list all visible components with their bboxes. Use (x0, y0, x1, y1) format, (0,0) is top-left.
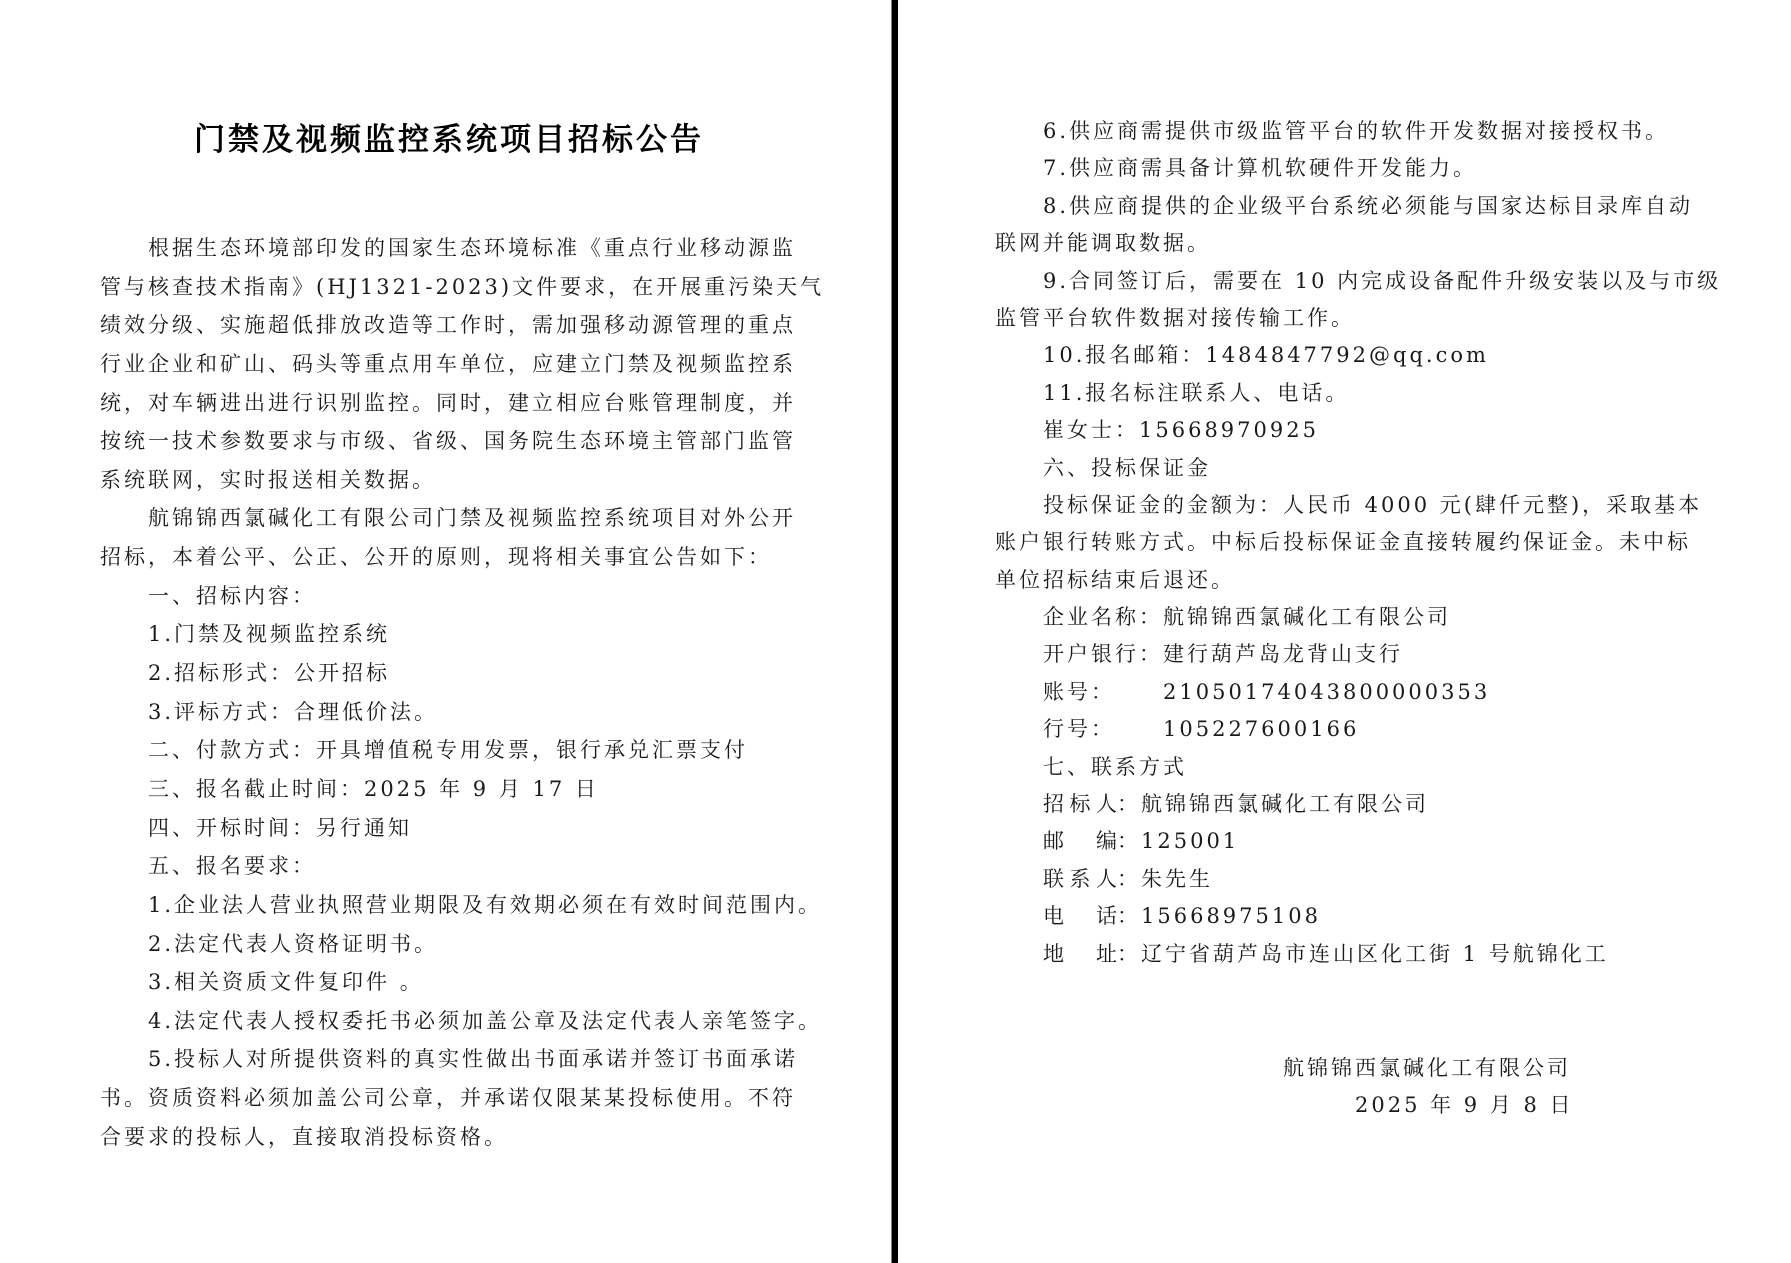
text-line: 3.评标方式：合理低价法。 (100, 693, 820, 732)
text-line: 单位招标结束后退还。 (995, 562, 1715, 599)
contact-label-char (1070, 823, 1091, 860)
contact-info-row: 电话：15668975108 (995, 898, 1715, 935)
text-line: 六、投标保证金 (995, 450, 1715, 487)
contact-label-char: 系 (1070, 861, 1091, 898)
text-line: 五、报名要求： (100, 847, 820, 886)
text-line: 10.报名邮箱：1484847792@qq.com (995, 337, 1715, 374)
signature-date: 2025 年 9 月 8 日 (1355, 1087, 1574, 1123)
text-line: 11.报名标注联系人、电话。 (995, 375, 1715, 412)
text-line: 一、招标内容： (100, 577, 820, 616)
contact-info-value: 15668975108 (1141, 898, 1321, 935)
contact-info-value: 125001 (1141, 823, 1239, 860)
text-line: 3.相关资质文件复印件 。 (100, 963, 820, 1002)
contact-info-row: 邮编：125001 (995, 823, 1715, 860)
text-line: 统，对车辆进出进行识别监控。同时，建立相应台账管理制度，并 (100, 384, 820, 423)
bank-info-value: 21050174043800000353 (1163, 674, 1490, 711)
contact-label-char: 址 (1096, 936, 1117, 973)
bank-info-value: 105227600166 (1163, 711, 1359, 748)
bank-info-label: 开户银行： (1043, 636, 1163, 673)
contact-label-char: 编 (1096, 823, 1117, 860)
contact-label-char: 电 (1043, 898, 1064, 935)
contact-label-char: 地 (1043, 936, 1064, 973)
text-line: 合要求的投标人，直接取消投标资格。 (100, 1118, 820, 1157)
contact-label-colon: ： (1117, 936, 1141, 973)
contact-info-value: 航锦锦西氯碱化工有限公司 (1141, 786, 1429, 823)
contact-label-char: 人 (1096, 861, 1117, 898)
text-line: 7.供应商需具备计算机软硬件开发能力。 (995, 150, 1715, 187)
page-left: 门禁及视频监控系统项目招标公告 根据生态环境部印发的国家生态环境标准《重点行业移… (0, 0, 892, 1263)
contact-label-char: 人 (1096, 786, 1117, 823)
text-line: 1.门禁及视频监控系统 (100, 615, 820, 654)
contact-label-char: 标 (1070, 786, 1091, 823)
contact-info-label: 电话 (1043, 898, 1117, 935)
contact-info-row: 联系人：朱先生 (995, 861, 1715, 898)
bank-info-label: 账号： (1043, 674, 1163, 711)
contact-label-char: 邮 (1043, 823, 1064, 860)
bank-info-row: 账号：21050174043800000353 (995, 674, 1715, 711)
text-line: 投标保证金的金额为：人民币 4000 元(肆仟元整)，采取基本 (995, 487, 1715, 524)
text-line: 6.供应商需提供市级监管平台的软件开发数据对接授权书。 (995, 113, 1715, 150)
text-line: 5.投标人对所提供资料的真实性做出书面承诺并签订书面承诺 (100, 1040, 820, 1079)
text-line: 航锦锦西氯碱化工有限公司门禁及视频监控系统项目对外公开 (100, 499, 820, 538)
contact-heading: 七、联系方式 (995, 749, 1715, 786)
contact-info-row: 地址：辽宁省葫芦岛市连山区化工街 1 号航锦化工 (995, 936, 1715, 973)
text-line: 招标，本着公平、公正、公开的原则，现将相关事宜公告如下： (100, 538, 820, 577)
text-line: 账户银行转账方式。中标后投标保证金直接转履约保证金。未中标 (995, 524, 1715, 561)
bank-info-row: 开户银行：建行葫芦岛龙背山支行 (995, 636, 1715, 673)
contact-label-colon: ： (1117, 823, 1141, 860)
contact-label-char: 联 (1043, 861, 1064, 898)
document-title: 门禁及视频监控系统项目招标公告 (0, 118, 892, 162)
text-line: 崔女士：15668970925 (995, 412, 1715, 449)
bank-info-label: 企业名称： (1043, 599, 1163, 636)
text-line: 四、开标时间：另行通知 (100, 809, 820, 848)
text-line: 9.合同签订后，需要在 10 内完成设备配件升级安装以及与市级 (995, 263, 1715, 300)
contact-label-colon: ： (1117, 861, 1141, 898)
text-line: 根据生态环境部印发的国家生态环境标准《重点行业移动源监 (100, 229, 820, 268)
text-line: 2.招标形式：公开招标 (100, 654, 820, 693)
right-column-body: 6.供应商需提供市级监管平台的软件开发数据对接授权书。7.供应商需具备计算机软硬… (995, 113, 1715, 973)
text-line: 8.供应商提供的企业级平台系统必须能与国家达标目录库自动 (995, 188, 1715, 225)
text-line: 联网并能调取数据。 (995, 225, 1715, 262)
contact-label-char: 招 (1043, 786, 1064, 823)
text-line: 监管平台软件数据对接传输工作。 (995, 300, 1715, 337)
text-line: 1.企业法人营业执照营业期限及有效期必须在有效时间范围内。 (100, 886, 820, 925)
bank-info-value: 建行葫芦岛龙背山支行 (1163, 636, 1403, 673)
text-line: 2.法定代表人资格证明书。 (100, 925, 820, 964)
contact-info-row: 招标人：航锦锦西氯碱化工有限公司 (995, 786, 1715, 823)
contact-info-value: 朱先生 (1141, 861, 1213, 898)
contact-label-char: 话 (1096, 898, 1117, 935)
text-line: 三、报名截止时间：2025 年 9 月 17 日 (100, 770, 820, 809)
text-line: 书。资质资料必须加盖公司公章，并承诺仅限某某投标使用。不符 (100, 1079, 820, 1118)
contact-label-char (1070, 936, 1091, 973)
text-line: 按统一技术参数要求与市级、省级、国务院生态环境主管部门监管 (100, 422, 820, 461)
bank-info-label: 行号： (1043, 711, 1163, 748)
text-line: 二、付款方式：开具增值税专用发票，银行承兑汇票支付 (100, 731, 820, 770)
text-line: 行业企业和矿山、码头等重点用车单位，应建立门禁及视频监控系 (100, 345, 820, 384)
contact-label-colon: ： (1117, 786, 1141, 823)
contact-info-label: 联系人 (1043, 861, 1117, 898)
contact-info-label: 邮编 (1043, 823, 1117, 860)
text-line: 系统联网，实时报送相关数据。 (100, 461, 820, 500)
contact-info-label: 招标人 (1043, 786, 1117, 823)
bank-info-row: 企业名称：航锦锦西氯碱化工有限公司 (995, 599, 1715, 636)
bank-info-row: 行号：105227600166 (995, 711, 1715, 748)
signature-company: 航锦锦西氯碱化工有限公司 (1283, 1050, 1571, 1086)
bank-info-value: 航锦锦西氯碱化工有限公司 (1163, 599, 1451, 636)
left-column-body: 根据生态环境部印发的国家生态环境标准《重点行业移动源监管与核查技术指南》(HJ1… (100, 229, 820, 1156)
text-line: 4.法定代表人授权委托书必须加盖公章及法定代表人亲笔签字。 (100, 1002, 820, 1041)
contact-info-label: 地址 (1043, 936, 1117, 973)
contact-label-colon: ： (1117, 898, 1141, 935)
contact-label-char (1070, 898, 1091, 935)
text-line: 绩效分级、实施超低排放改造等工作时，需加强移动源管理的重点 (100, 306, 820, 345)
text-line: 管与核查技术指南》(HJ1321-2023)文件要求，在开展重污染天气 (100, 268, 820, 307)
contact-info-value: 辽宁省葫芦岛市连山区化工街 1 号航锦化工 (1141, 936, 1609, 973)
